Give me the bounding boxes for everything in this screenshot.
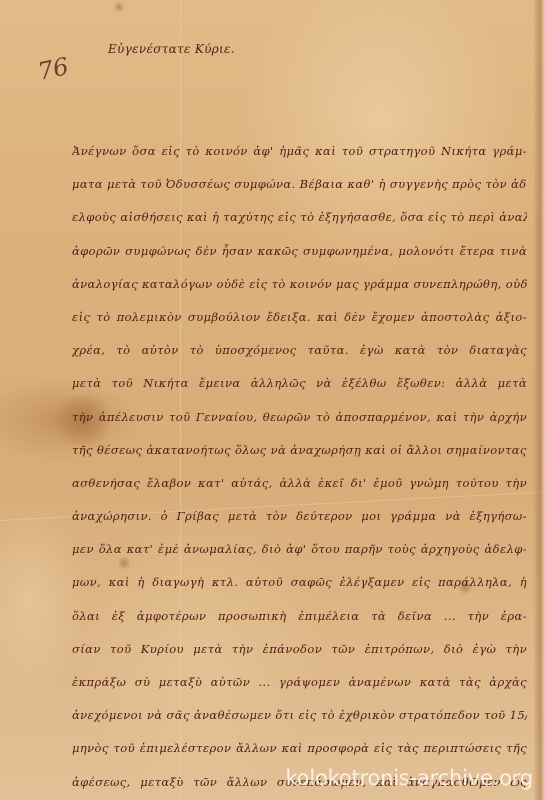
handwritten-line: ὅλαι ἐξ ἀμφοτέρων προσωπικὴ ἐπιμέλεια τὰ…	[72, 600, 527, 633]
handwritten-line: ἀναχώρησιν. ὁ Γρίβας μετὰ τὸν δεύτερον μ…	[72, 500, 527, 533]
handwritten-line: Ἀνέγνων ὅσα εἰς τὸ κοινόν ἀφ' ἡμᾶς καὶ τ…	[72, 135, 527, 168]
handwritten-line: τῆς θέσεως ἀκατανοήτως ὅλως νὰ ἀναχωρήσῃ…	[72, 434, 527, 467]
paper-edge	[533, 0, 545, 800]
handwritten-line: εἰς τὸ πολεμικὸν συμβούλιον ἔδειξα. καὶ …	[72, 301, 527, 334]
handwritten-line: ασθενήσας ἔλαβον κατ' αὐτάς, ἀλλὰ ἐκεῖ δ…	[72, 467, 527, 500]
handwritten-line: ἀνεχόμενοι νὰ σᾶς ἀναθέσωμεν ὅτι εἰς τὸ …	[72, 699, 527, 732]
handwritten-line: σίαν τοῦ Κυρίου μετὰ τὴν ἐπάνοδον τῶν ἐπ…	[72, 633, 527, 666]
handwritten-line: ἀναλογίας καταλόγων οὐδὲ εἰς τὸ κοινόν μ…	[72, 268, 527, 301]
handwritten-line: ἀφορῶν συμφώνως δὲν ἦσαν κακῶς συμφωνημέ…	[72, 235, 527, 268]
handwritten-line: χρέα, τὸ αὐτὸν τὸ ὑποσχόμενος ταῦτα. ἐγὼ…	[72, 334, 527, 367]
handwritten-line: μων, καὶ ἡ διαγωγὴ κτλ. αὐτοῦ σαφῶς ἐλέγ…	[72, 566, 527, 599]
handwritten-line: μηνὸς τοῦ ἐπιμελέστερον ἄλλων καὶ προσφο…	[72, 732, 527, 765]
page-number: 76	[35, 52, 71, 86]
handwritten-line: μετὰ τοῦ Νικήτα ἔμεινα ἀλληλῶς νὰ ἐξέλθω…	[72, 367, 527, 400]
manuscript-page: 76 Εὐγενέστατε Κύριε. Ἀνέγνων ὅσα εἰς τὸ…	[0, 0, 545, 800]
handwritten-line: μεν ὅλα κατ' ἐμὲ ἀνωμαλίας, διὸ ἀφ' ὅτου…	[72, 533, 527, 566]
handwritten-line: ελφοὺς αἰσθήσεις καὶ ἡ ταχύτης εἰς τὸ ἐξ…	[72, 201, 527, 234]
archive-watermark: kolokotronis-archive.org	[285, 766, 533, 790]
handwritten-line: ματα μετὰ τοῦ Ὀδυσσέως συμφώνα. Βέβαια κ…	[72, 168, 527, 201]
letter-body: Ἀνέγνων ὅσα εἰς τὸ κοινόν ἀφ' ἡμᾶς καὶ τ…	[72, 135, 527, 799]
handwritten-line: ἐκπράξω σὺ μεταξὺ αὐτῶν ... γράψομεν ἀνα…	[72, 666, 527, 699]
handwritten-line: τὴν ἀπέλευσιν τοῦ Γενναίου, θεωρῶν τὸ ἀπ…	[72, 401, 527, 434]
salutation: Εὐγενέστατε Κύριε.	[108, 42, 235, 56]
ink-stain	[112, 2, 126, 12]
